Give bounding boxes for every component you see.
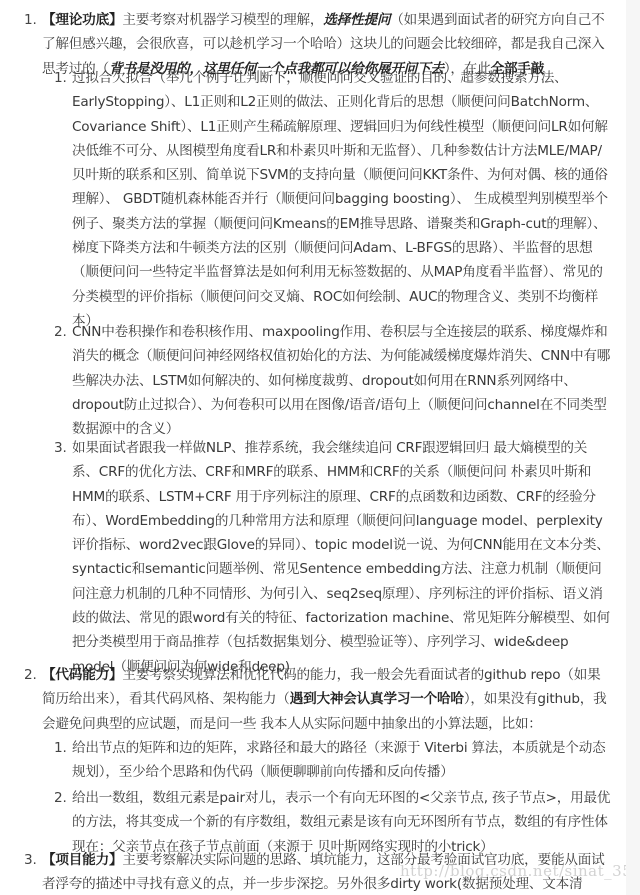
section-coding: 2. 【代码能力】主要考察实现算法和优化代码的能力，我一般会先看面试者的gith… bbox=[42, 663, 612, 736]
list-item-text: 过拟合欠拟合（举几个例子让判断下，顺便问问交叉验证的目的、超参数搜索方法、Ear… bbox=[72, 66, 612, 333]
list-number: 2. bbox=[54, 320, 67, 344]
watermark: http://blog.csdn.net/sinat_35512245 bbox=[400, 862, 640, 880]
page-margin bbox=[626, 0, 640, 895]
list-item-text: 给出节点的矩阵和边的矩阵，求路径和最大的路径（来源于 Viterbi 算法，本质… bbox=[72, 736, 612, 785]
section-tag: 【理论功底】 bbox=[42, 12, 122, 28]
section-text: 【代码能力】主要考察实现算法和优化代码的能力，我一般会先看面试者的github … bbox=[42, 663, 612, 736]
section-tag: 【代码能力】 bbox=[42, 667, 122, 683]
list-number: 3. bbox=[24, 848, 37, 872]
article-body: 1. 【理论功底】主要考察对机器学习模型的理解，选择性提问（如果遇到面试者的研究… bbox=[0, 0, 626, 895]
list-item: 3. 如果面试者跟我一样做NLP、推荐系统，我会继续追问 CRF跟逻辑回归 最大… bbox=[72, 436, 612, 679]
list-number: 2. bbox=[54, 786, 67, 810]
list-number: 1. bbox=[54, 736, 67, 760]
emphasis: 选择性提问 bbox=[323, 12, 390, 28]
section-tag: 【项目能力】 bbox=[42, 852, 122, 868]
list-number: 1. bbox=[54, 66, 67, 90]
list-item: 1. 给出节点的矩阵和边的矩阵，求路径和最大的路径（来源于 Viterbi 算法… bbox=[72, 736, 612, 785]
list-number: 3. bbox=[54, 436, 67, 460]
list-item: 2. CNN中卷积操作和卷积核作用、maxpooling作用、卷积层与全连接层的… bbox=[72, 320, 612, 441]
list-number: 1. bbox=[24, 8, 37, 32]
list-number: 2. bbox=[24, 663, 37, 687]
list-item-text: CNN中卷积操作和卷积核作用、maxpooling作用、卷积层与全连接层的联系、… bbox=[72, 320, 612, 441]
emphasis: 遇到大神会认真学习一个哈哈 bbox=[290, 691, 464, 707]
list-item-text: 如果面试者跟我一样做NLP、推荐系统，我会继续追问 CRF跟逻辑回归 最大熵模型… bbox=[72, 436, 612, 679]
list-item: 1. 过拟合欠拟合（举几个例子让判断下，顺便问问交叉验证的目的、超参数搜索方法、… bbox=[72, 66, 612, 333]
